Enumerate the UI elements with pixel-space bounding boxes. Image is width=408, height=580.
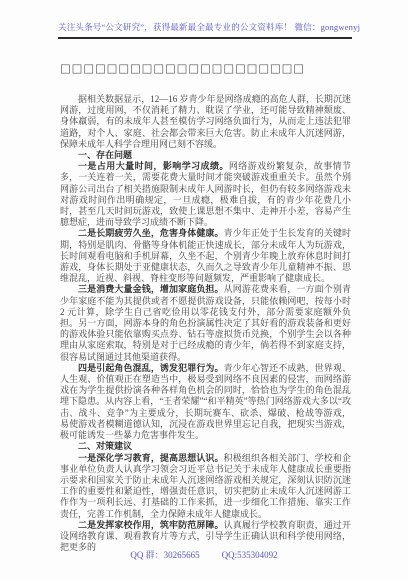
paragraph-text: 青少年心智还不成熟，世界观、人生观、价值观正在塑造当中，极易受到网络不良因素的侵…	[60, 363, 351, 440]
paragraph-suggestion-1: 一是深化学习教育，提高思想认识。积极组织各相关部门、学校和企事业单位负责人认真学…	[60, 453, 351, 520]
paragraph-problem-1: 一是占用大量时间，影响学习成绩。网络游戏纷繁复杂，故事情节多，一关连着一关，需要…	[60, 161, 351, 228]
paragraph-lead: 二是发挥家校作用，筑牢防范屏障。	[78, 520, 224, 530]
paragraph-problem-3: 三是消费大量金钱，增加家庭负担。从网游花费来看，一方面个别青少年家庭不能为其提供…	[60, 284, 351, 362]
document-body: 据相关数据显示，12—16 岁青少年是网络成瘾的高危人群，长期沉迷网游，过度用网…	[60, 94, 351, 553]
paragraph-intro: 据相关数据显示，12—16 岁青少年是网络成瘾的高危人群，长期沉迷网游，过度用网…	[60, 94, 351, 150]
paragraph-text: 据相关数据显示，12—16 岁青少年是网络成瘾的高危人群，长期沉迷网游，过度用网…	[60, 94, 351, 149]
qq-group-contact: QQ 群：30265665	[130, 550, 199, 560]
paragraph-lead: 二是长期疲劳久坐，危害身体健康。	[78, 228, 224, 238]
paragraph-text: 网络游戏纷繁复杂，故事情节多，一关连着一关，需要花费大量时间才能突破游戏重重关卡…	[60, 161, 351, 227]
page-footer: QQ 群：30265665QQ:535304092	[0, 548, 408, 561]
section-heading-suggestions: 二、对策建议	[60, 441, 351, 452]
page-header: 关注头条号“公文研究”，获得最新最全最专业的公文资料库！ 微信：gongweny…	[58, 21, 352, 39]
paragraph-text: 从网游花费来看，一方面个别青少年家庭不能为其提供或者不愿提供游戏设备，只能依赖网…	[60, 284, 351, 361]
section-heading-problems: 一、存在问题	[60, 150, 351, 161]
paragraph-problem-4: 四是引起角色混乱，诱发犯罪行为。青少年心智还不成熟，世界观、人生观、价值观正在塑…	[60, 363, 351, 441]
paragraph-lead: 一是深化学习教育，提高思想认识。	[78, 453, 224, 463]
document-page: 关注头条号“公文研究”，获得最新最全最专业的公文资料库！ 微信：gongweny…	[0, 0, 408, 580]
paragraph-lead: 三是消费大量金钱，增加家庭负担。	[78, 284, 224, 294]
document-title-placeholder: □□□□□□□□□□□□□□□□□□□□□	[60, 61, 305, 75]
paragraph-problem-2: 二是长期疲劳久坐，危害身体健康。青少年正处于生长发育的关键时期，特别是肌肉、骨骼…	[60, 228, 351, 284]
header-notice: 关注头条号“公文研究”，获得最新最全最专业的公文资料库！ 微信：gongweny…	[58, 22, 360, 32]
qq-contact: QQ:535304092	[222, 550, 278, 560]
paragraph-lead: 四是引起角色混乱，诱发犯罪行为。	[78, 363, 224, 373]
paragraph-lead: 一是占用大量时间，影响学习成绩。	[78, 161, 229, 171]
heading-text: 二、对策建议	[78, 441, 132, 451]
heading-text: 一、存在问题	[78, 150, 132, 160]
